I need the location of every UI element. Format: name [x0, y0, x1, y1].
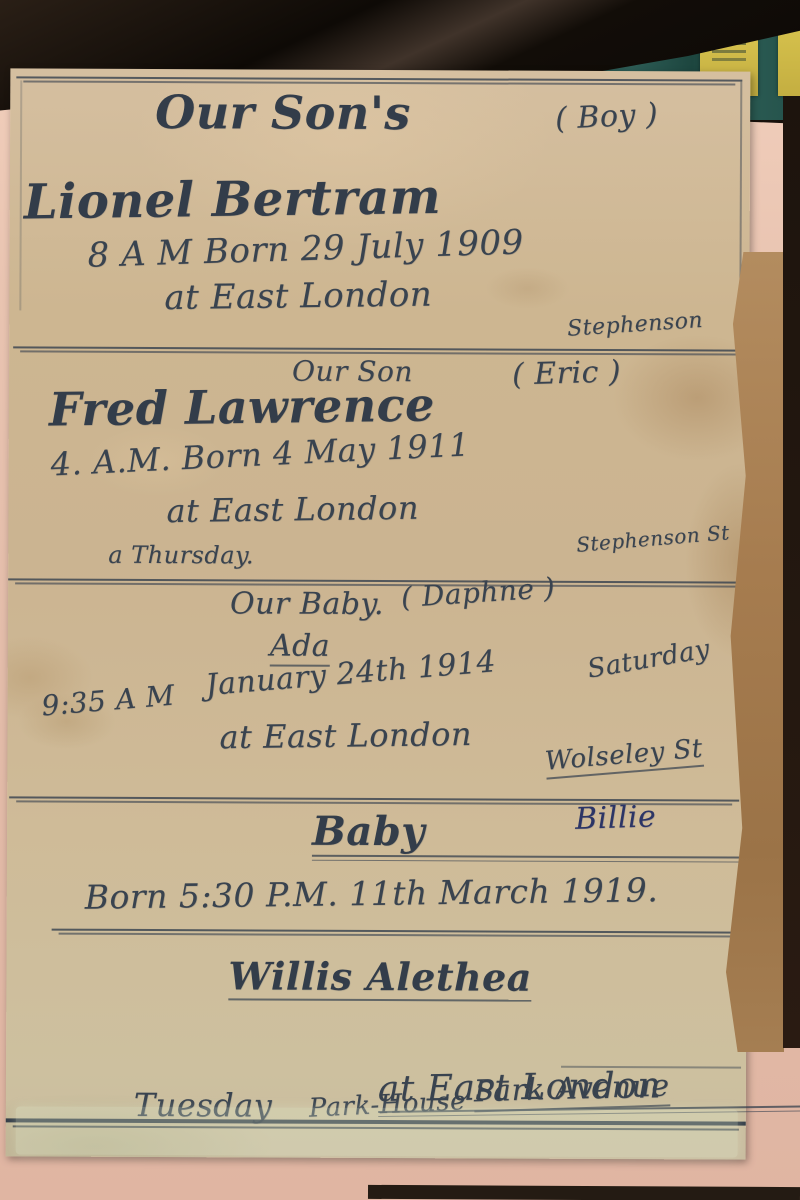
street-note: Stephenson [567, 310, 704, 341]
birth-time: 9:35 A M [40, 682, 175, 721]
day-note: a Thursday. [108, 543, 254, 568]
page-left-border [19, 80, 22, 310]
photo-right-edge [783, 96, 800, 1048]
record-name: Willis Alethea [228, 957, 532, 1001]
photo-bottom-edge [368, 1185, 800, 1200]
street-note: Wolseley St [544, 736, 704, 780]
tape-strip [16, 1106, 738, 1157]
record-aside: ( Eric ) [512, 357, 622, 390]
birth-date: January 24th 1914 [204, 647, 497, 701]
album-page: Our Son's ( Boy ) Lionel Bertram 8 A M B… [6, 68, 751, 1159]
page-top-border [16, 76, 742, 81]
birth-line: Born 5:30 P.M. 11th March 1919. [85, 873, 659, 914]
record-aside: ( Daphne ) [400, 574, 556, 612]
record-title: Our Son's [155, 89, 411, 136]
record-name: Fred Lawrence [49, 382, 436, 433]
place-line: at East London [166, 492, 419, 527]
street-note: Park Avenue [473, 1071, 670, 1112]
place-line: at East London [164, 278, 432, 316]
photo-of-album-page: Our Son's ( Boy ) Lionel Bertram 8 A M B… [0, 0, 800, 1200]
birth-line: 4. A.M. Born 4 May 1911 [50, 428, 471, 480]
place-line: at East London [219, 718, 472, 753]
divider-rule [8, 578, 748, 583]
birth-line: 8 A M Born 29 July 1909 [87, 225, 524, 272]
record-name: Lionel Bertram [23, 173, 441, 226]
record-aside: Billie [575, 802, 657, 834]
divider-rule [13, 346, 743, 351]
street-note: Stephenson St [575, 522, 730, 555]
record-title: Our Baby. [230, 589, 384, 620]
birth-day: Saturday [586, 636, 712, 683]
record-title: Baby [312, 812, 800, 860]
underline-rule [52, 929, 742, 934]
record-aside: ( Boy ) [554, 100, 658, 135]
